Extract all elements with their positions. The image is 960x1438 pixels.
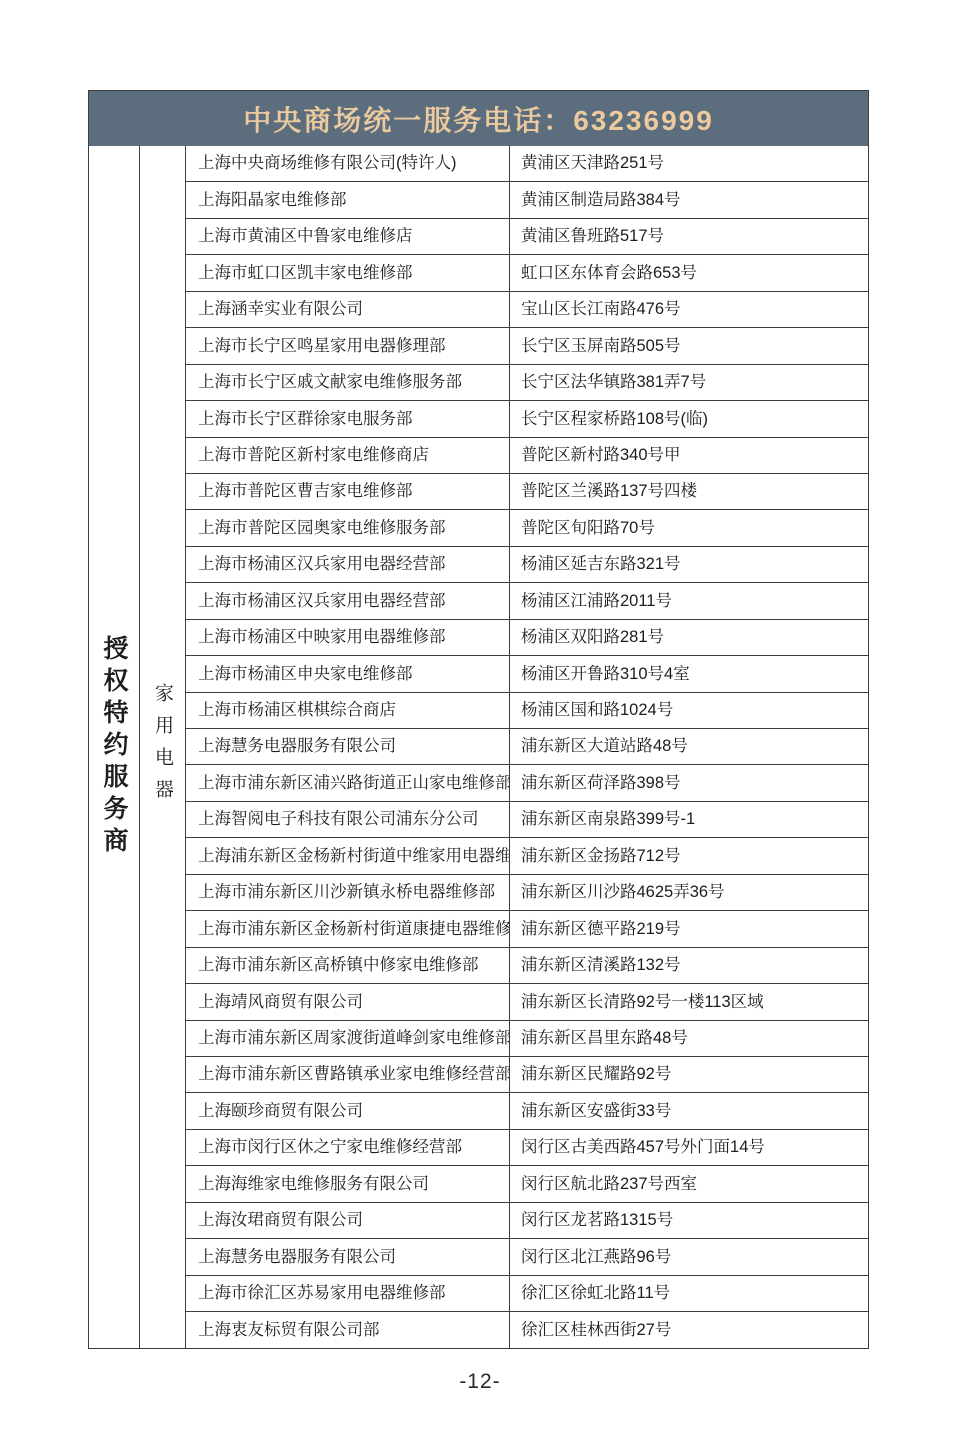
subcategory-label: 家用电器 xyxy=(149,683,176,811)
company-cell: 上海市杨浦区中映家用电器维修部 xyxy=(186,620,510,656)
company-cell: 上海靖风商贸有限公司 xyxy=(186,984,510,1020)
subcategory-cell: 家用电器 xyxy=(140,146,186,1348)
company-cell: 上海慧务电器服务有限公司 xyxy=(186,729,510,765)
address-cell: 浦东新区川沙路4625弄36号 xyxy=(510,875,868,911)
company-cell: 上海市闵行区休之宁家电维修经营部 xyxy=(186,1130,510,1166)
company-cell: 上海汝珺商贸有限公司 xyxy=(186,1203,510,1239)
company-cell: 上海市浦东新区川沙新镇永桥电器维修部 xyxy=(186,875,510,911)
address-cell: 闵行区龙茗路1315号 xyxy=(510,1203,868,1239)
company-cell: 上海衷友标贸有限公司部 xyxy=(186,1312,510,1348)
company-cell: 上海市杨浦区汉兵家用电器经营部 xyxy=(186,583,510,619)
company-cell: 上海市浦东新区金杨新村街道康捷电器维修部 xyxy=(186,911,510,947)
document-page: 中央商场统一服务电话：63236999 授权特约服务商 家用电器 上海中央商场维… xyxy=(0,0,960,1438)
address-cell: 普陀区新村路340号甲 xyxy=(510,438,868,474)
address-cell: 黄浦区鲁班路517号 xyxy=(510,219,868,255)
address-cell: 虹口区东体育会路653号 xyxy=(510,255,868,291)
company-cell: 上海市徐汇区苏易家用电器维修部 xyxy=(186,1276,510,1312)
company-cell: 上海涵幸实业有限公司 xyxy=(186,292,510,328)
header-banner: 中央商场统一服务电话：63236999 xyxy=(88,90,869,147)
address-cell: 浦东新区德平路219号 xyxy=(510,911,868,947)
company-cell: 上海市普陀区曹吉家电维修部 xyxy=(186,474,510,510)
address-cell: 杨浦区开鲁路310号4室 xyxy=(510,656,868,692)
company-cell: 上海慧务电器服务有限公司 xyxy=(186,1239,510,1275)
banner-title: 中央商场统一服务电话：63236999 xyxy=(243,99,714,139)
company-cell: 上海市黄浦区中鲁家电维修店 xyxy=(186,219,510,255)
address-cell: 浦东新区民耀路92号 xyxy=(510,1057,868,1093)
address-cell: 杨浦区国和路1024号 xyxy=(510,693,868,729)
company-cell: 上海海维家电维修服务有限公司 xyxy=(186,1166,510,1202)
company-cell: 上海市杨浦区申央家电维修部 xyxy=(186,656,510,692)
address-cell: 浦东新区昌里东路48号 xyxy=(510,1021,868,1057)
address-cell: 闵行区古美西路457号外门面14号 xyxy=(510,1130,868,1166)
address-cell: 长宁区玉屏南路505号 xyxy=(510,328,868,364)
company-cell: 上海中央商场维修有限公司(特许人) xyxy=(186,146,510,182)
address-cell: 浦东新区荷泽路398号 xyxy=(510,765,868,801)
category-cell: 授权特约服务商 xyxy=(89,146,140,1348)
company-cell: 上海市浦东新区高桥镇中修家电维修部 xyxy=(186,948,510,984)
address-cell: 杨浦区双阳路281号 xyxy=(510,620,868,656)
address-cell: 宝山区长江南路476号 xyxy=(510,292,868,328)
address-cell: 浦东新区安盛街33号 xyxy=(510,1093,868,1129)
address-cell: 浦东新区大道站路48号 xyxy=(510,729,868,765)
address-cell: 杨浦区延吉东路321号 xyxy=(510,547,868,583)
address-cell: 浦东新区金扬路712号 xyxy=(510,838,868,874)
company-cell: 上海智阅电子科技有限公司浦东分公司 xyxy=(186,802,510,838)
category-label: 授权特约服务商 xyxy=(96,635,132,859)
service-table: 授权特约服务商 家用电器 上海中央商场维修有限公司(特许人)黄浦区天津路251号… xyxy=(88,146,869,1349)
company-cell: 上海市虹口区凯丰家电维修部 xyxy=(186,255,510,291)
address-cell: 浦东新区长清路92号一楼113区域 xyxy=(510,984,868,1020)
address-cell: 长宁区程家桥路108号(临) xyxy=(510,401,868,437)
address-cell: 徐汇区桂林西街27号 xyxy=(510,1312,868,1348)
company-cell: 上海市普陀区新村家电维修商店 xyxy=(186,438,510,474)
company-cell: 上海市普陀区园奥家电维修服务部 xyxy=(186,510,510,546)
page-number: -12- xyxy=(459,1370,500,1393)
company-cell: 上海市浦东新区曹路镇承业家电维修经营部 xyxy=(186,1057,510,1093)
address-cell: 杨浦区江浦路2011号 xyxy=(510,583,868,619)
address-cell: 普陀区旬阳路70号 xyxy=(510,510,868,546)
address-cell: 普陀区兰溪路137号四楼 xyxy=(510,474,868,510)
page-footer: -12- xyxy=(0,1370,960,1394)
address-cell: 徐汇区徐虹北路11号 xyxy=(510,1276,868,1312)
company-cell: 上海市浦东新区周家渡街道峰剑家电维修部 xyxy=(186,1021,510,1057)
company-cell: 上海市杨浦区棋棋综合商店 xyxy=(186,693,510,729)
address-cell: 浦东新区清溪路132号 xyxy=(510,948,868,984)
address-cell: 闵行区航北路237号西室 xyxy=(510,1166,868,1202)
address-cell: 闵行区北江燕路96号 xyxy=(510,1239,868,1275)
address-cell: 长宁区法华镇路381弄7号 xyxy=(510,365,868,401)
company-cell: 上海颐珍商贸有限公司 xyxy=(186,1093,510,1129)
company-cell: 上海市长宁区群徐家电服务部 xyxy=(186,401,510,437)
company-cell: 上海阳晶家电维修部 xyxy=(186,182,510,218)
company-cell: 上海市长宁区鸣星家用电器修理部 xyxy=(186,328,510,364)
company-cell: 上海市浦东新区浦兴路街道正山家电维修部 xyxy=(186,765,510,801)
address-cell: 浦东新区南泉路399号-1 xyxy=(510,802,868,838)
address-cell: 黄浦区制造局路384号 xyxy=(510,182,868,218)
company-cell: 上海市长宁区戚文献家电维修服务部 xyxy=(186,365,510,401)
company-cell: 上海市杨浦区汉兵家用电器经营部 xyxy=(186,547,510,583)
company-cell: 上海浦东新区金杨新村街道中维家用电器维修部 xyxy=(186,838,510,874)
address-cell: 黄浦区天津路251号 xyxy=(510,146,868,182)
